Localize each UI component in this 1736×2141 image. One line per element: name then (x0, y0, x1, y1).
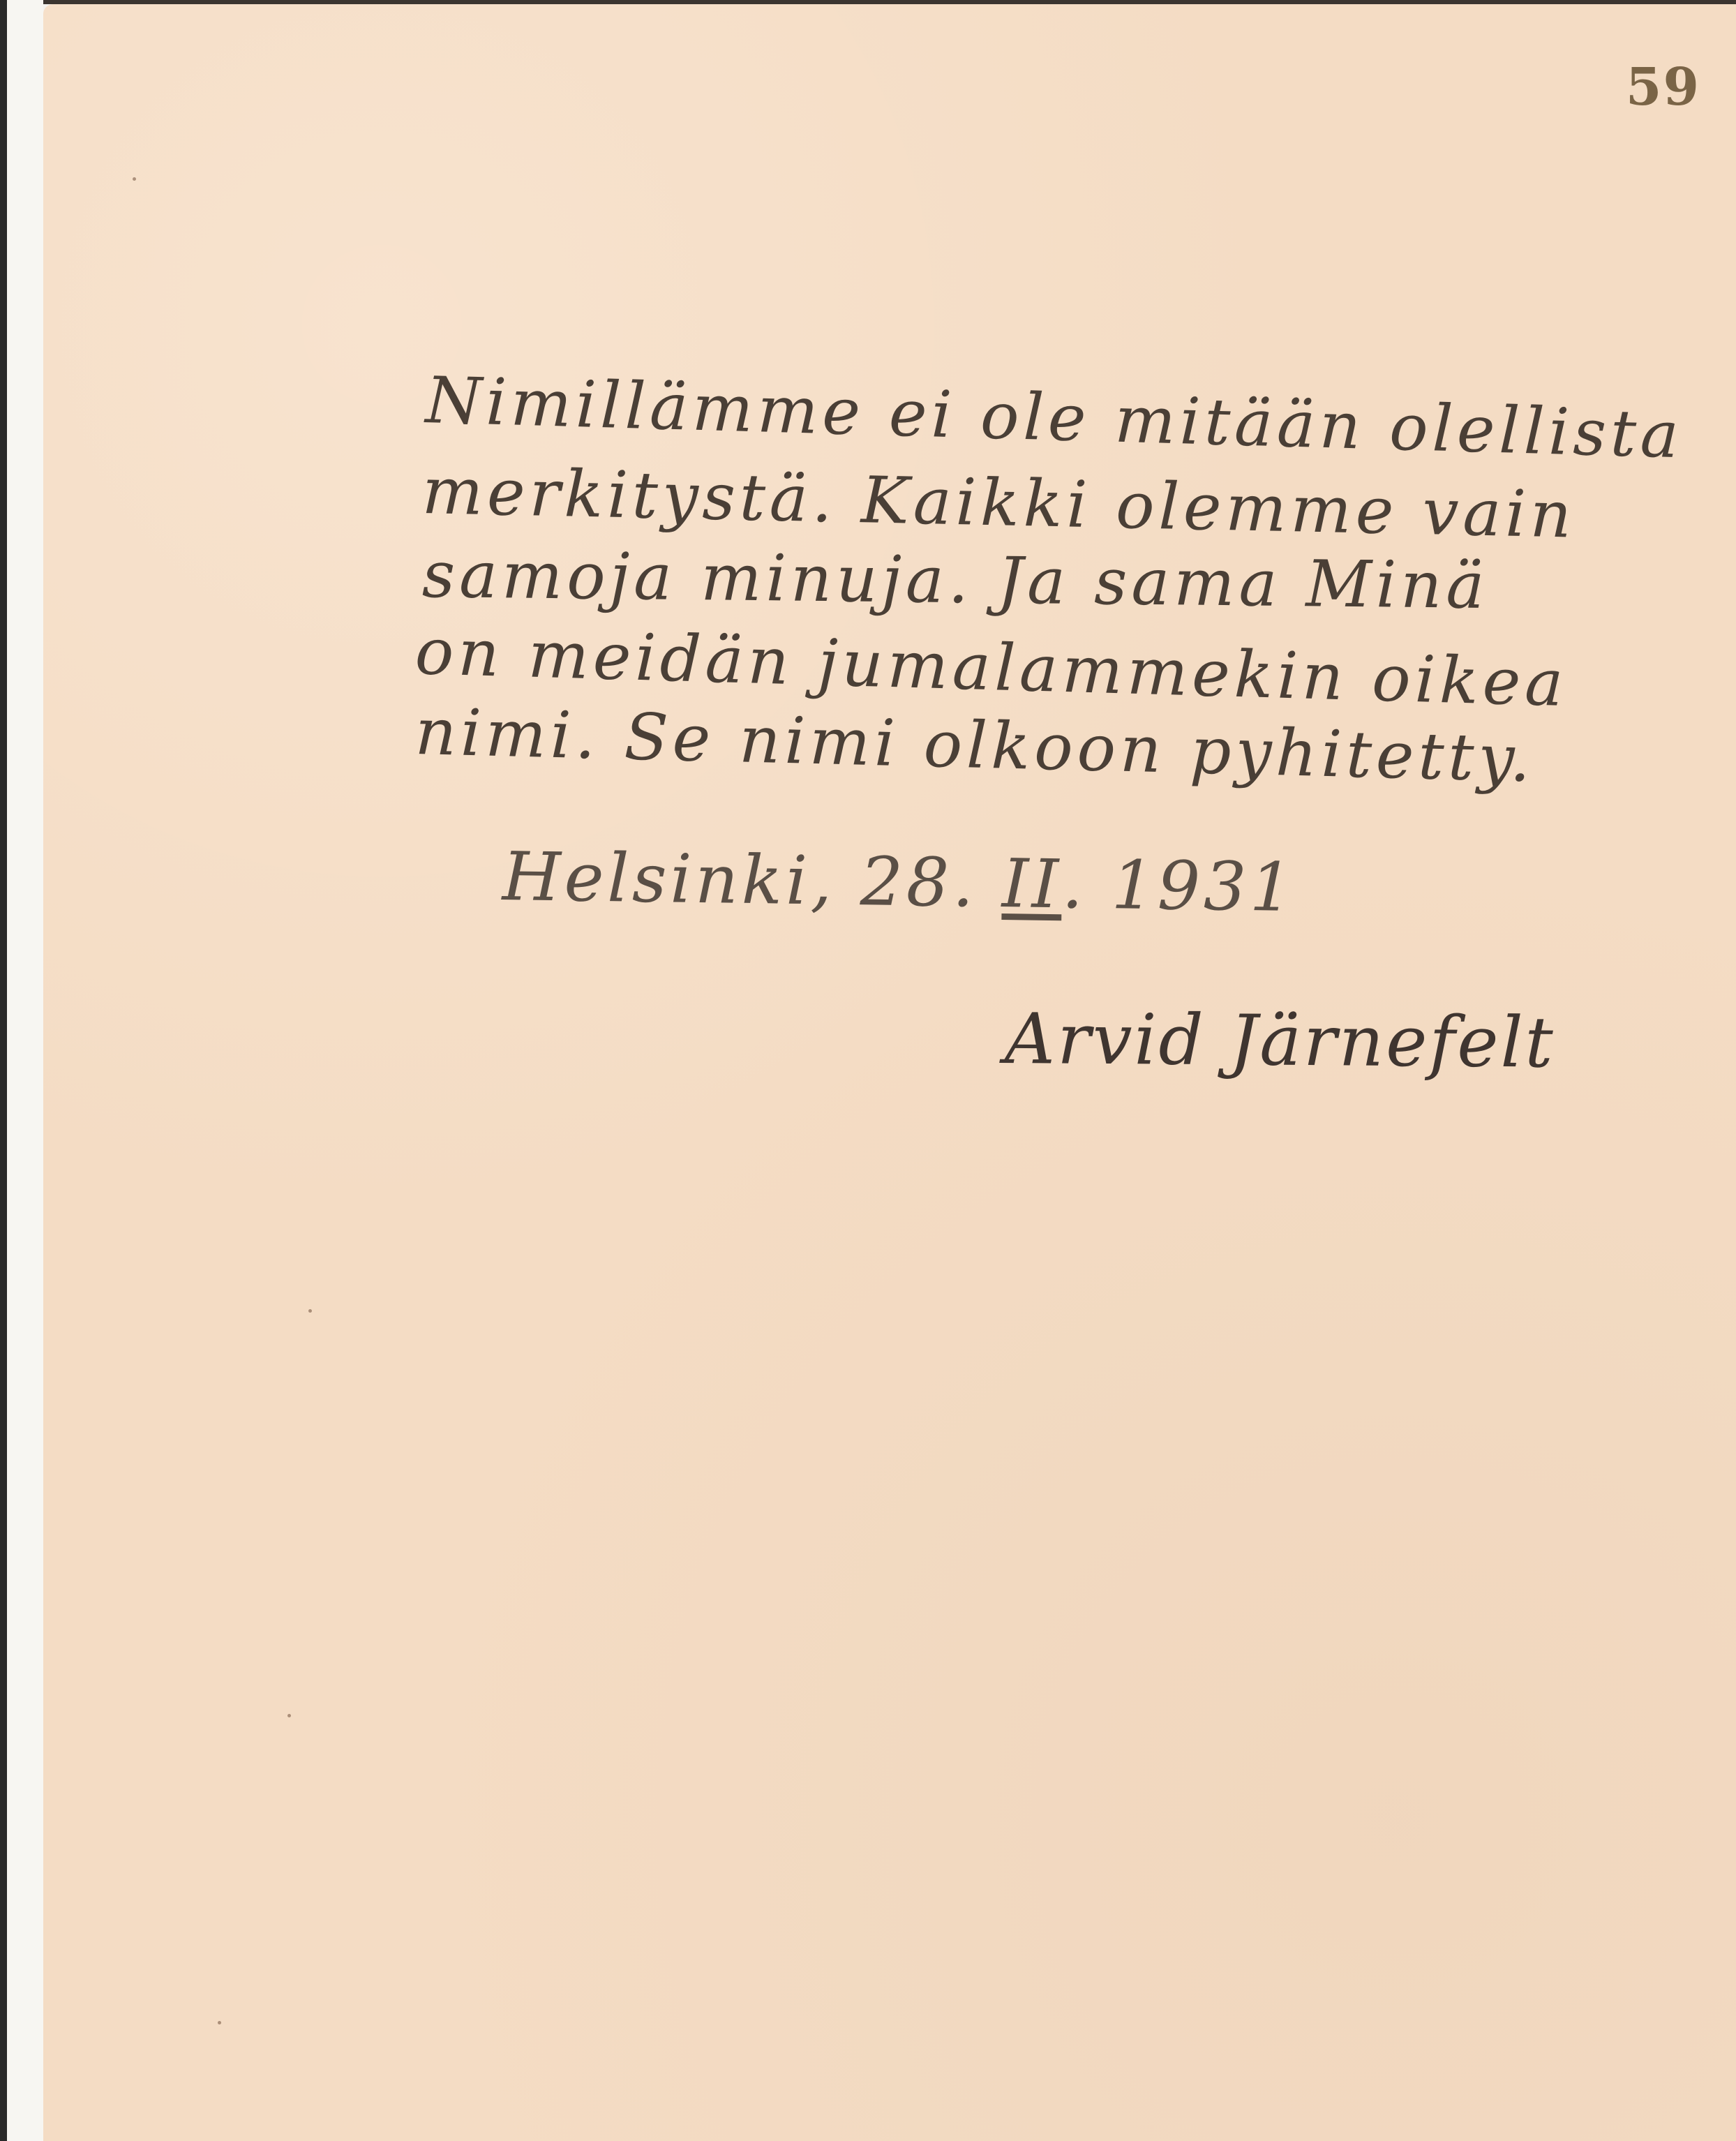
date-separator: . (1061, 845, 1087, 923)
signature: Arvid Järnefelt (1005, 998, 1556, 1084)
place: Helsinki, (502, 837, 836, 920)
paper-fleck (133, 177, 136, 181)
scan-border-dark (0, 0, 7, 2141)
date-month: II (1001, 844, 1062, 923)
date-year: 1931 (1111, 846, 1296, 927)
place-and-date: Helsinki, 28. II. 1931 (502, 837, 1296, 927)
paper-fleck (308, 1309, 312, 1313)
body-line-3: samoja minuja. Ja sama Minä (421, 537, 1488, 623)
paper-fleck (287, 1714, 291, 1717)
scan-border-light (7, 0, 43, 2141)
page-number: 59 (1626, 57, 1700, 117)
paper-fleck (218, 2021, 221, 2024)
date-day: 28. (860, 842, 978, 922)
